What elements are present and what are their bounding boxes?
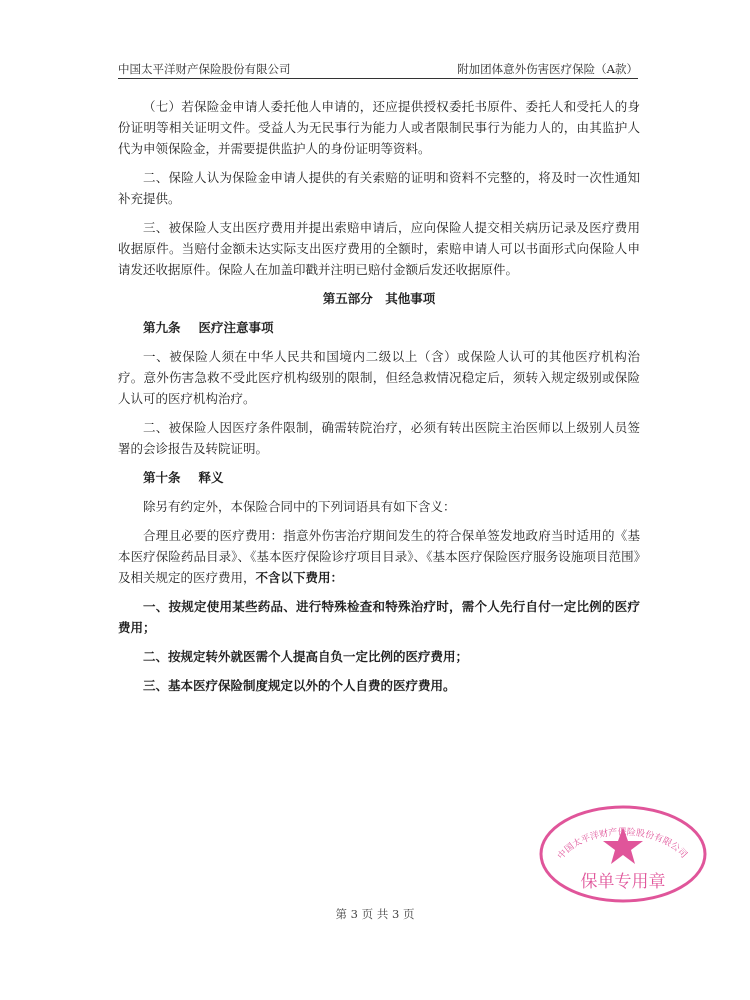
document-page: 中国太平洋财产保险股份有限公司 附加团体意外伤害医疗保险（A款） （七）若保险金… xyxy=(0,0,750,1000)
article-number: 第九条 xyxy=(143,320,181,335)
paragraph: 二、被保险人因医疗条件限制，确需转院治疗，必须有转出医院主治医师以上级别人员签署… xyxy=(118,417,640,459)
section-title: 第五部分 其他事项 xyxy=(118,288,640,309)
definition-text: 合理且必要的医疗费用：指意外伤害治疗期间发生的符合保单签发地政府当时适用的《基本… xyxy=(118,528,640,585)
article-heading-10: 第十条释义 xyxy=(118,467,640,488)
article-number: 第十条 xyxy=(143,470,181,485)
paragraph: 除另有约定外，本保险合同中的下列词语具有如下含义： xyxy=(118,496,640,517)
page-number: 第 3 页 共 3 页 xyxy=(0,906,750,922)
article-heading-9: 第九条医疗注意事项 xyxy=(118,317,640,338)
company-seal: 中国太平洋财产保险股份有限公司 保单专用章 xyxy=(537,803,709,905)
document-body: （七）若保险金申请人委托他人申请的，还应提供授权委托书原件、委托人和受托人的身份… xyxy=(118,96,640,704)
definition-paragraph: 合理且必要的医疗费用：指意外伤害治疗期间发生的符合保单签发地政府当时适用的《基本… xyxy=(118,525,640,588)
paragraph: （七）若保险金申请人委托他人申请的，还应提供授权委托书原件、委托人和受托人的身份… xyxy=(118,96,640,159)
paragraph: 三、被保险人支出医疗费用并提出索赔申请后，应向保险人提交相关病历记录及医疗费用收… xyxy=(118,217,640,280)
exclusion-item: 一、按规定使用某些药品、进行特殊检查和特殊治疗时，需个人先行自付一定比例的医疗费… xyxy=(118,596,640,638)
company-name: 中国太平洋财产保险股份有限公司 xyxy=(118,61,291,77)
definition-bold-text: 不含以下费用： xyxy=(256,570,344,585)
article-title: 医疗注意事项 xyxy=(199,320,274,335)
article-title: 释义 xyxy=(199,470,224,485)
seal-text: 保单专用章 xyxy=(537,867,709,892)
page-header: 中国太平洋财产保险股份有限公司 附加团体意外伤害医疗保险（A款） xyxy=(118,58,638,79)
product-name: 附加团体意外伤害医疗保险（A款） xyxy=(457,61,638,77)
exclusion-item: 三、基本医疗保险制度规定以外的个人自费的医疗费用。 xyxy=(118,675,640,696)
paragraph: 二、保险人认为保险金申请人提供的有关索赔的证明和资料不完整的，将及时一次性通知补… xyxy=(118,167,640,209)
exclusion-item: 二、按规定转外就医需个人提高自负一定比例的医疗费用； xyxy=(118,646,640,667)
paragraph: 一、被保险人须在中华人民共和国境内二级以上（含）或保险人认可的其他医疗机构治疗。… xyxy=(118,346,640,409)
